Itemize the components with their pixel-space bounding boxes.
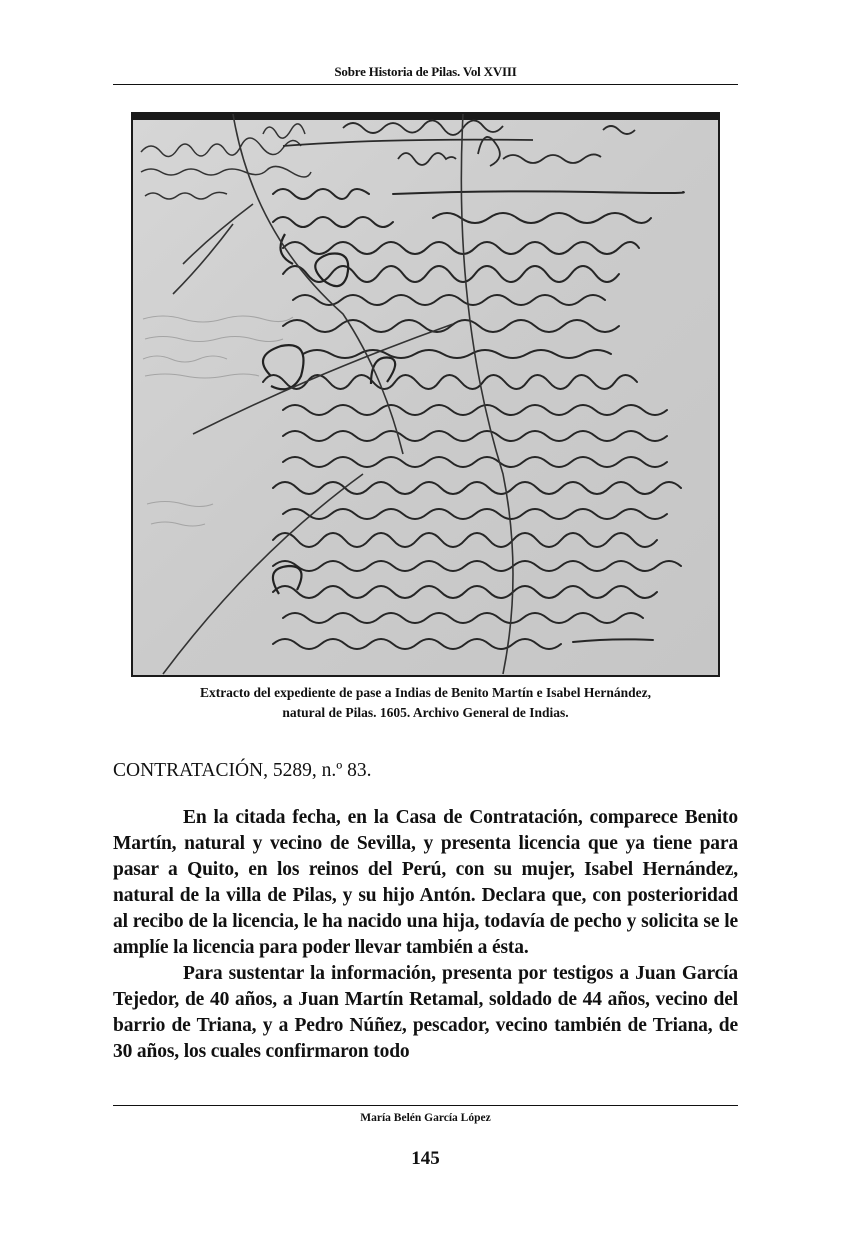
author-name: María Belén García López — [113, 1112, 738, 1124]
body-text: En la citada fecha, en la Casa de Contra… — [113, 805, 738, 1065]
archive-reference: CONTRATACIÓN, 5289, n.º 83. — [113, 758, 372, 784]
running-title: Sobre Historia de Pilas. Vol XVIII — [113, 64, 738, 80]
caption-line-2: natural de Pilas. 1605. Archivo General … — [113, 703, 738, 723]
manuscript-facsimile — [133, 114, 718, 675]
footer-rule — [113, 1105, 738, 1106]
header-rule — [113, 84, 738, 85]
figure-caption: Extracto del expediente de pase a Indias… — [113, 683, 738, 723]
caption-line-1: Extracto del expediente de pase a Indias… — [113, 683, 738, 703]
page-number: 145 — [113, 1148, 738, 1170]
paragraph: Para sustentar la información, presenta … — [113, 961, 738, 1065]
paragraph: En la citada fecha, en la Casa de Contra… — [113, 805, 738, 961]
manuscript-image — [131, 112, 720, 677]
